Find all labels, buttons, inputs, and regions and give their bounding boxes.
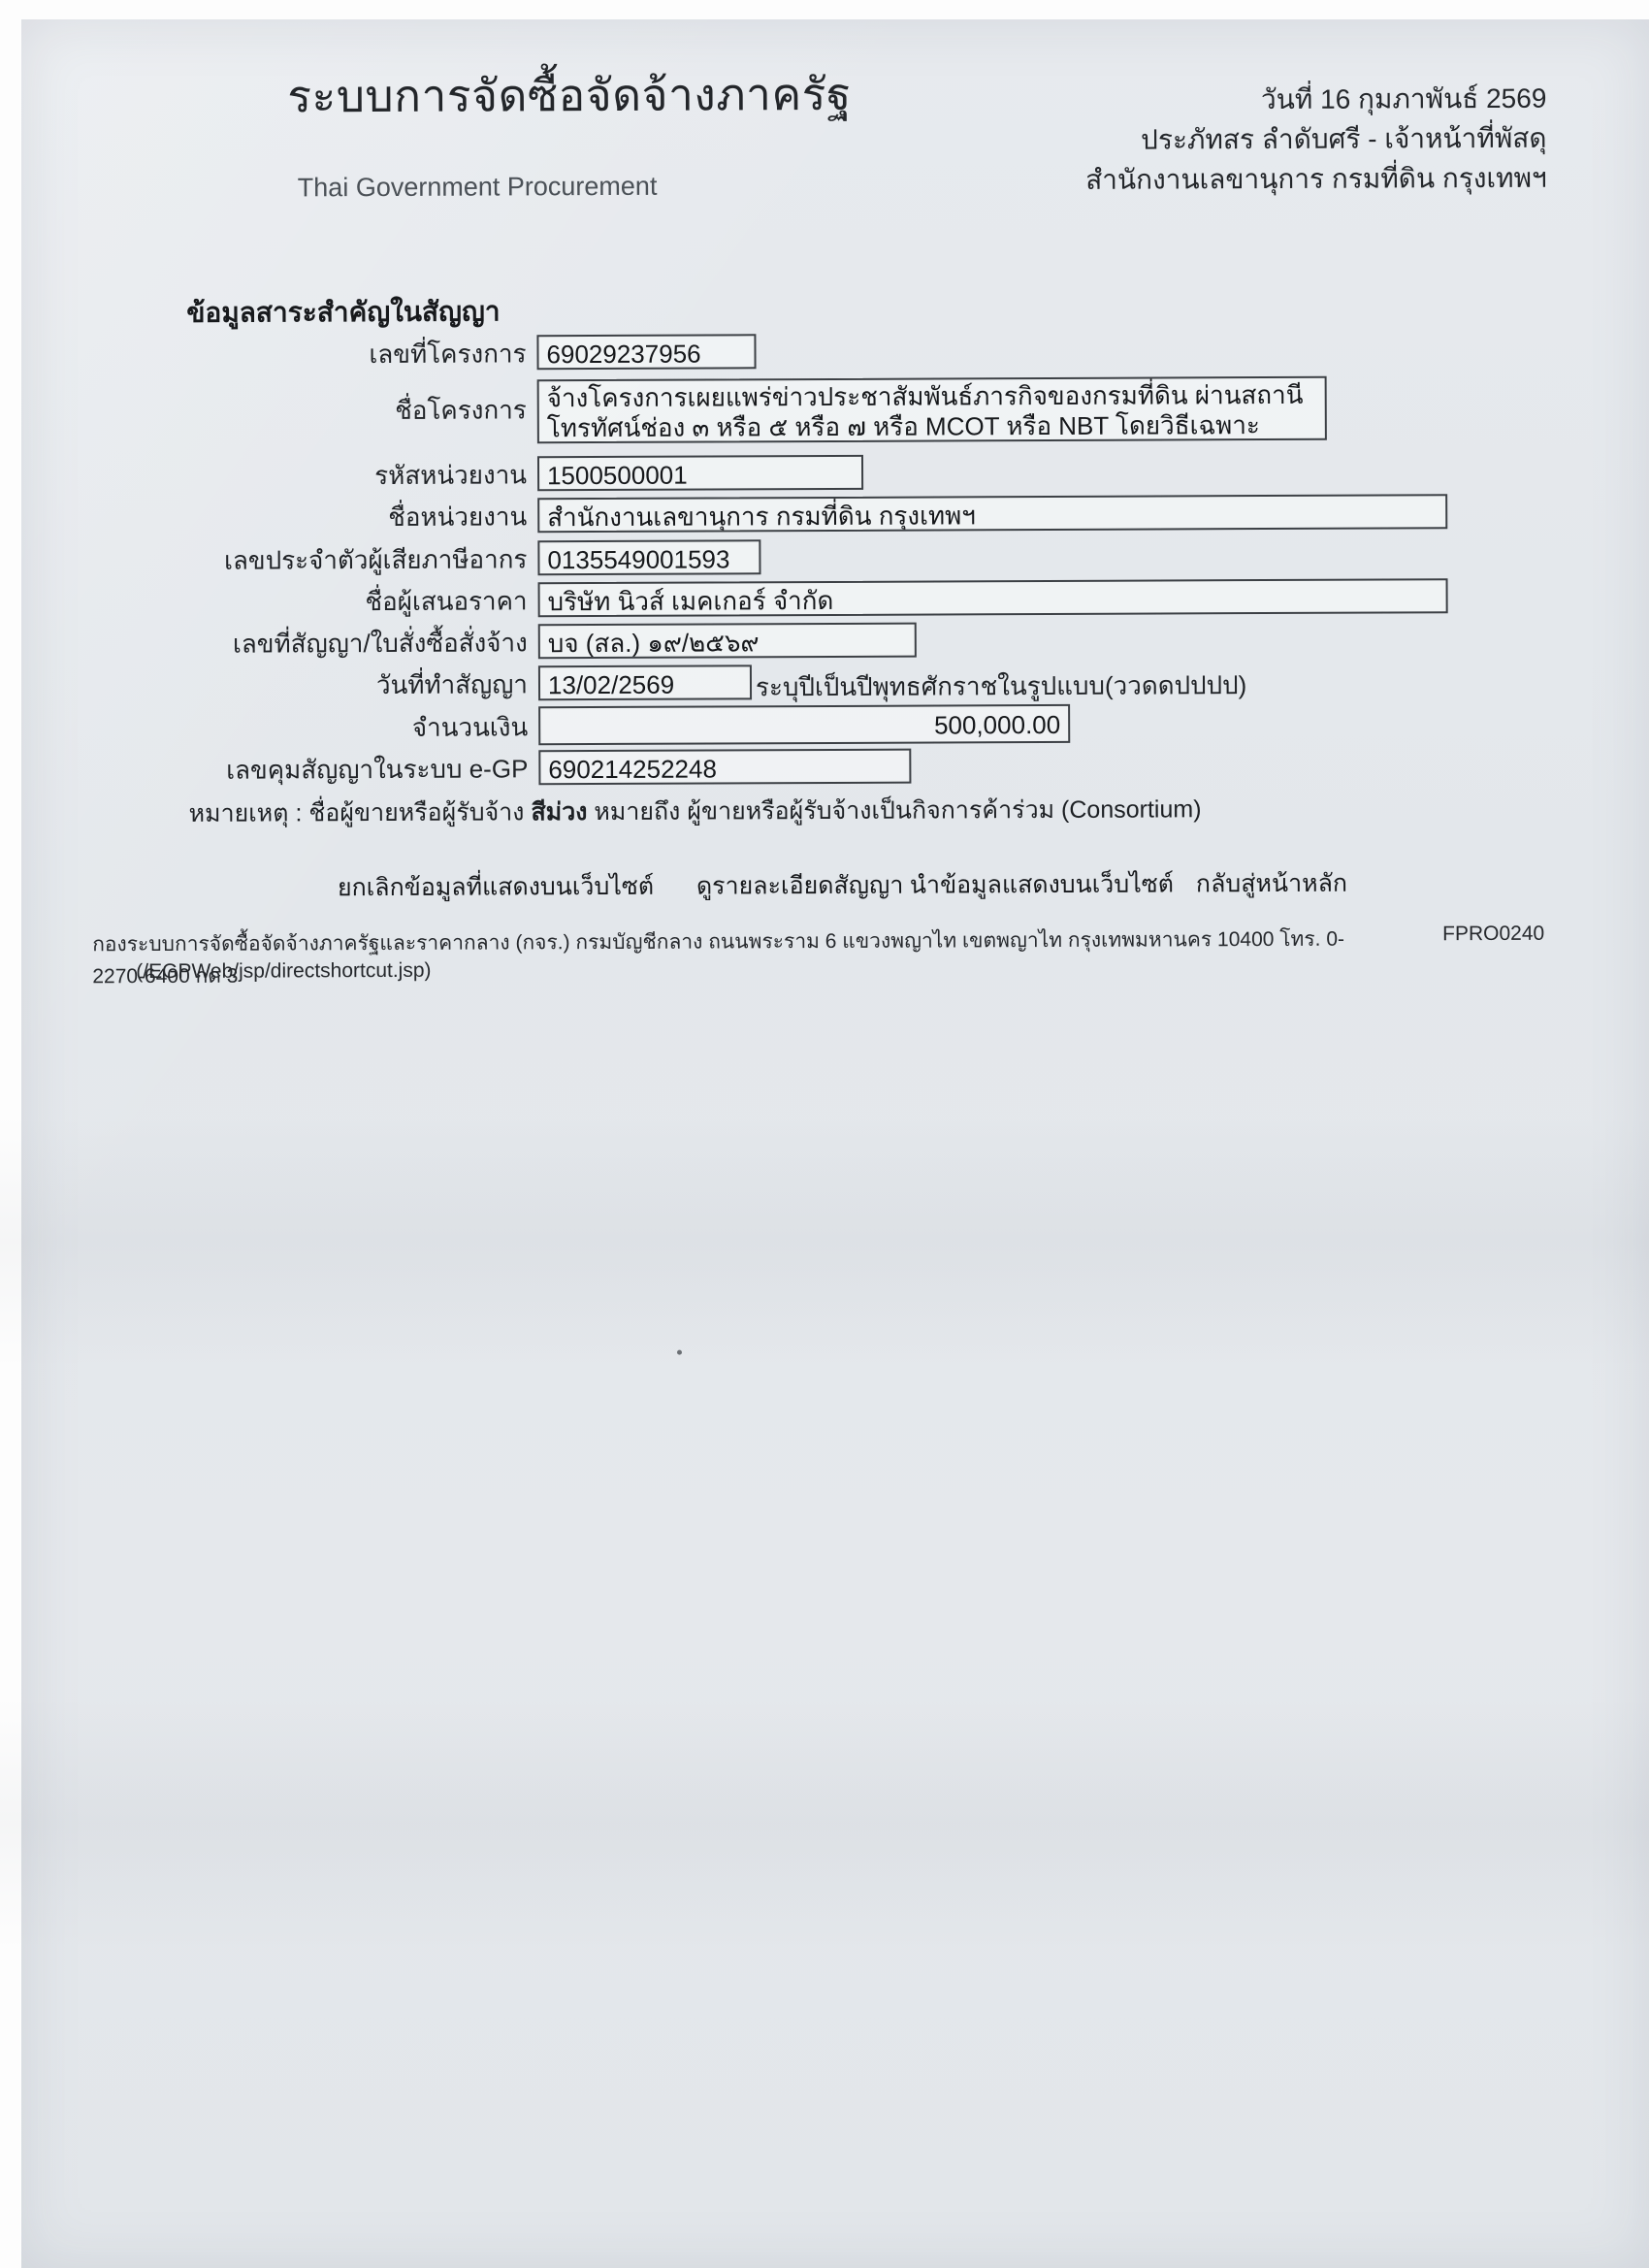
remark-suffix: หมายถึง ผู้ขายหรือผู้รับจ้างเป็นกิจการค้… — [587, 795, 1201, 826]
remark-purple-word: สีม่วง — [531, 798, 587, 826]
project-name-label: ชื่อโครงการ — [0, 393, 527, 428]
footer-url-path: (/EGPWeb/jsp/directshortcut.jsp) — [136, 959, 431, 984]
amount-label: จำนวนเงิน — [0, 710, 528, 745]
department-code-input[interactable]: 1500500001 — [537, 455, 863, 491]
print-date: วันที่ 16 กุมภาพันธ์ 2569 — [1085, 79, 1547, 120]
taxpayer-id-input[interactable]: 0135549001593 — [537, 539, 760, 575]
bidder-name-label: ชื่อผู้เสนอราคา — [0, 584, 528, 619]
app-title-thai: ระบบการจัดซื้อจัดจ้างภาครัฐ — [287, 64, 852, 127]
footer-form-code: FPRO0240 — [1442, 923, 1544, 946]
view-contract-details-button[interactable]: ดูรายละเอียดสัญญา — [696, 866, 904, 906]
egp-control-number-input[interactable]: 690214252248 — [538, 749, 911, 786]
scanned-procurement-page: ระบบการจัดซื้อจัดจ้างภาครัฐ Thai Governm… — [0, 0, 1649, 2268]
contract-date-input[interactable]: 13/02/2569 — [538, 664, 752, 700]
logged-in-user: ประภัทสร ลำดับศรี - เจ้าหน้าที่พัสดุ — [1085, 118, 1547, 160]
remark-prefix: หมายเหตุ : ชื่อผู้ขายหรือผู้รับจ้าง — [189, 798, 532, 827]
department-name-input[interactable]: สำนักงานเลขานุการ กรมที่ดิน กรุงเทพฯ — [537, 494, 1447, 533]
project-name-input[interactable]: จ้างโครงการเผยแพร่ข่าวประชาสัมพันธ์ภารกิ… — [537, 376, 1327, 444]
app-title-english: Thai Government Procurement — [298, 172, 658, 204]
date-format-note: ระบุปีเป็นปีพุทธศักราชในรูปแบบ(ววดดปปปป) — [756, 665, 1246, 707]
contract-date-label: วันที่ทำสัญญา — [0, 667, 528, 702]
taxpayer-id-label: เลขประจำตัวผู้เสียภาษีอากร — [0, 542, 528, 577]
section-title: ข้อมูลสาระสำคัญในสัญญา — [186, 290, 500, 334]
bidder-name-input[interactable]: บริษัท นิวส์ เมคเกอร์ จำกัด — [538, 578, 1448, 617]
amount-input[interactable]: 500,000.00 — [538, 704, 1070, 745]
contract-number-input[interactable]: บจ (สล.) ๑๙/๒๕๖๙ — [538, 623, 917, 660]
consortium-remark: หมายเหตุ : ชื่อผู้ขายหรือผู้รับจ้าง สีม่… — [188, 790, 1201, 833]
project-number-label: เลขที่โครงการ — [0, 337, 527, 372]
cancel-publish-button[interactable]: ยกเลิกข้อมูลที่แสดงบนเว็บไซต์ — [338, 867, 654, 907]
scan-speck — [677, 1350, 682, 1355]
project-number-input[interactable]: 69029237956 — [536, 334, 756, 370]
contract-number-label: เลขที่สัญญา/ใบสั่งซื้อสั่งจ้าง — [0, 626, 528, 661]
egp-control-number-label: เลขคุมสัญญาในระบบ e-GP — [0, 752, 528, 787]
department-name-label: ชื่อหน่วยงาน — [0, 500, 527, 535]
department-code-label: รหัสหน่วยงาน — [0, 458, 527, 493]
back-to-home-button[interactable]: กลับสู่หน้าหลัก — [1196, 864, 1347, 904]
header-meta: วันที่ 16 กุมภาพันธ์ 2569 ประภัทสร ลำดับ… — [1085, 79, 1547, 200]
publish-to-website-button[interactable]: นำข้อมูลแสดงบนเว็บไซต์ — [910, 864, 1174, 904]
user-organization: สำนักงานเลขานุการ กรมที่ดิน กรุงเทพฯ — [1085, 158, 1547, 200]
